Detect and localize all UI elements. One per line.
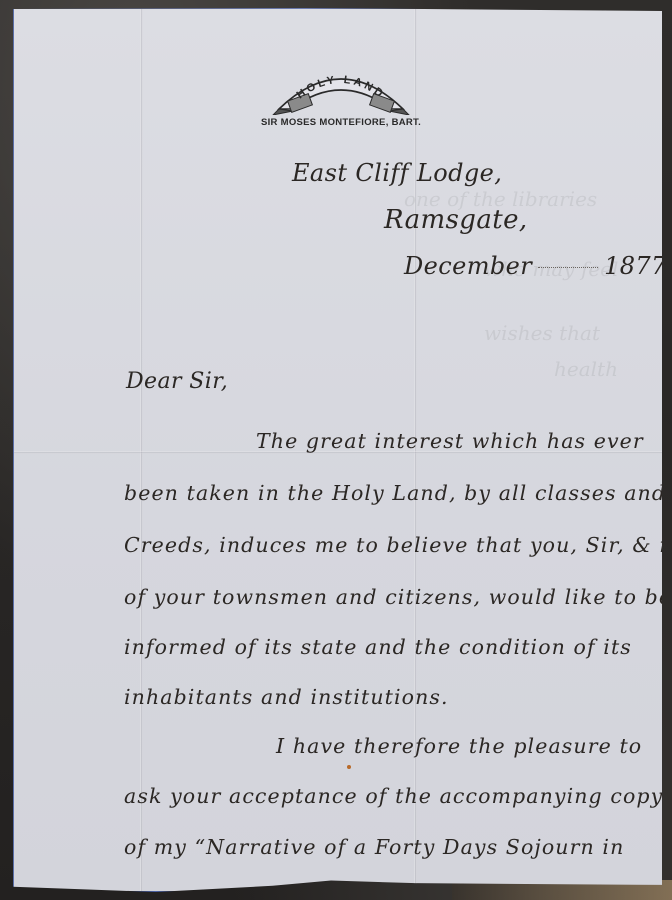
date-line: December1877: [404, 252, 667, 280]
date-month: December: [404, 252, 532, 280]
bleed-through-text: health: [554, 357, 618, 381]
body-line: informed of its state and the condition …: [124, 635, 632, 659]
body-line: been taken in the Holy Land, by all clas…: [124, 481, 666, 505]
date-year: 1877: [604, 252, 667, 280]
letterhead: HOLY LAND SIR MOSES MONTEFIORE, BART.: [256, 67, 426, 129]
body-line: I have therefore the pleasure to: [276, 734, 642, 758]
address-line-1: East Cliff Lodge,: [292, 159, 502, 187]
body-line: ask your acceptance of the accompanying …: [124, 784, 663, 808]
holy-land-banner-icon: HOLY LAND: [271, 67, 411, 115]
body-line: Creeds, induces me to believe that you, …: [124, 533, 672, 557]
letterhead-name: SIR MOSES MONTEFIORE, BART.: [256, 117, 426, 128]
letter-page: one of the libraries who may feel wishes…: [13, 8, 662, 892]
body-line: The great interest which has ever: [256, 429, 644, 453]
body-line: of my “Narrative of a Forty Days Sojourn…: [124, 835, 624, 859]
address-line-2: Ramsgate,: [384, 205, 528, 235]
body-line: inhabitants and institutions.: [124, 685, 449, 709]
bleed-through-text: wishes that: [484, 321, 600, 345]
ink-spot: [347, 765, 351, 769]
salutation: Dear Sir,: [126, 369, 228, 394]
date-dotted-leader: [538, 267, 598, 268]
fold-line-vertical-left: [140, 9, 143, 891]
body-line: of your townsmen and citizens, would lik…: [124, 585, 672, 609]
